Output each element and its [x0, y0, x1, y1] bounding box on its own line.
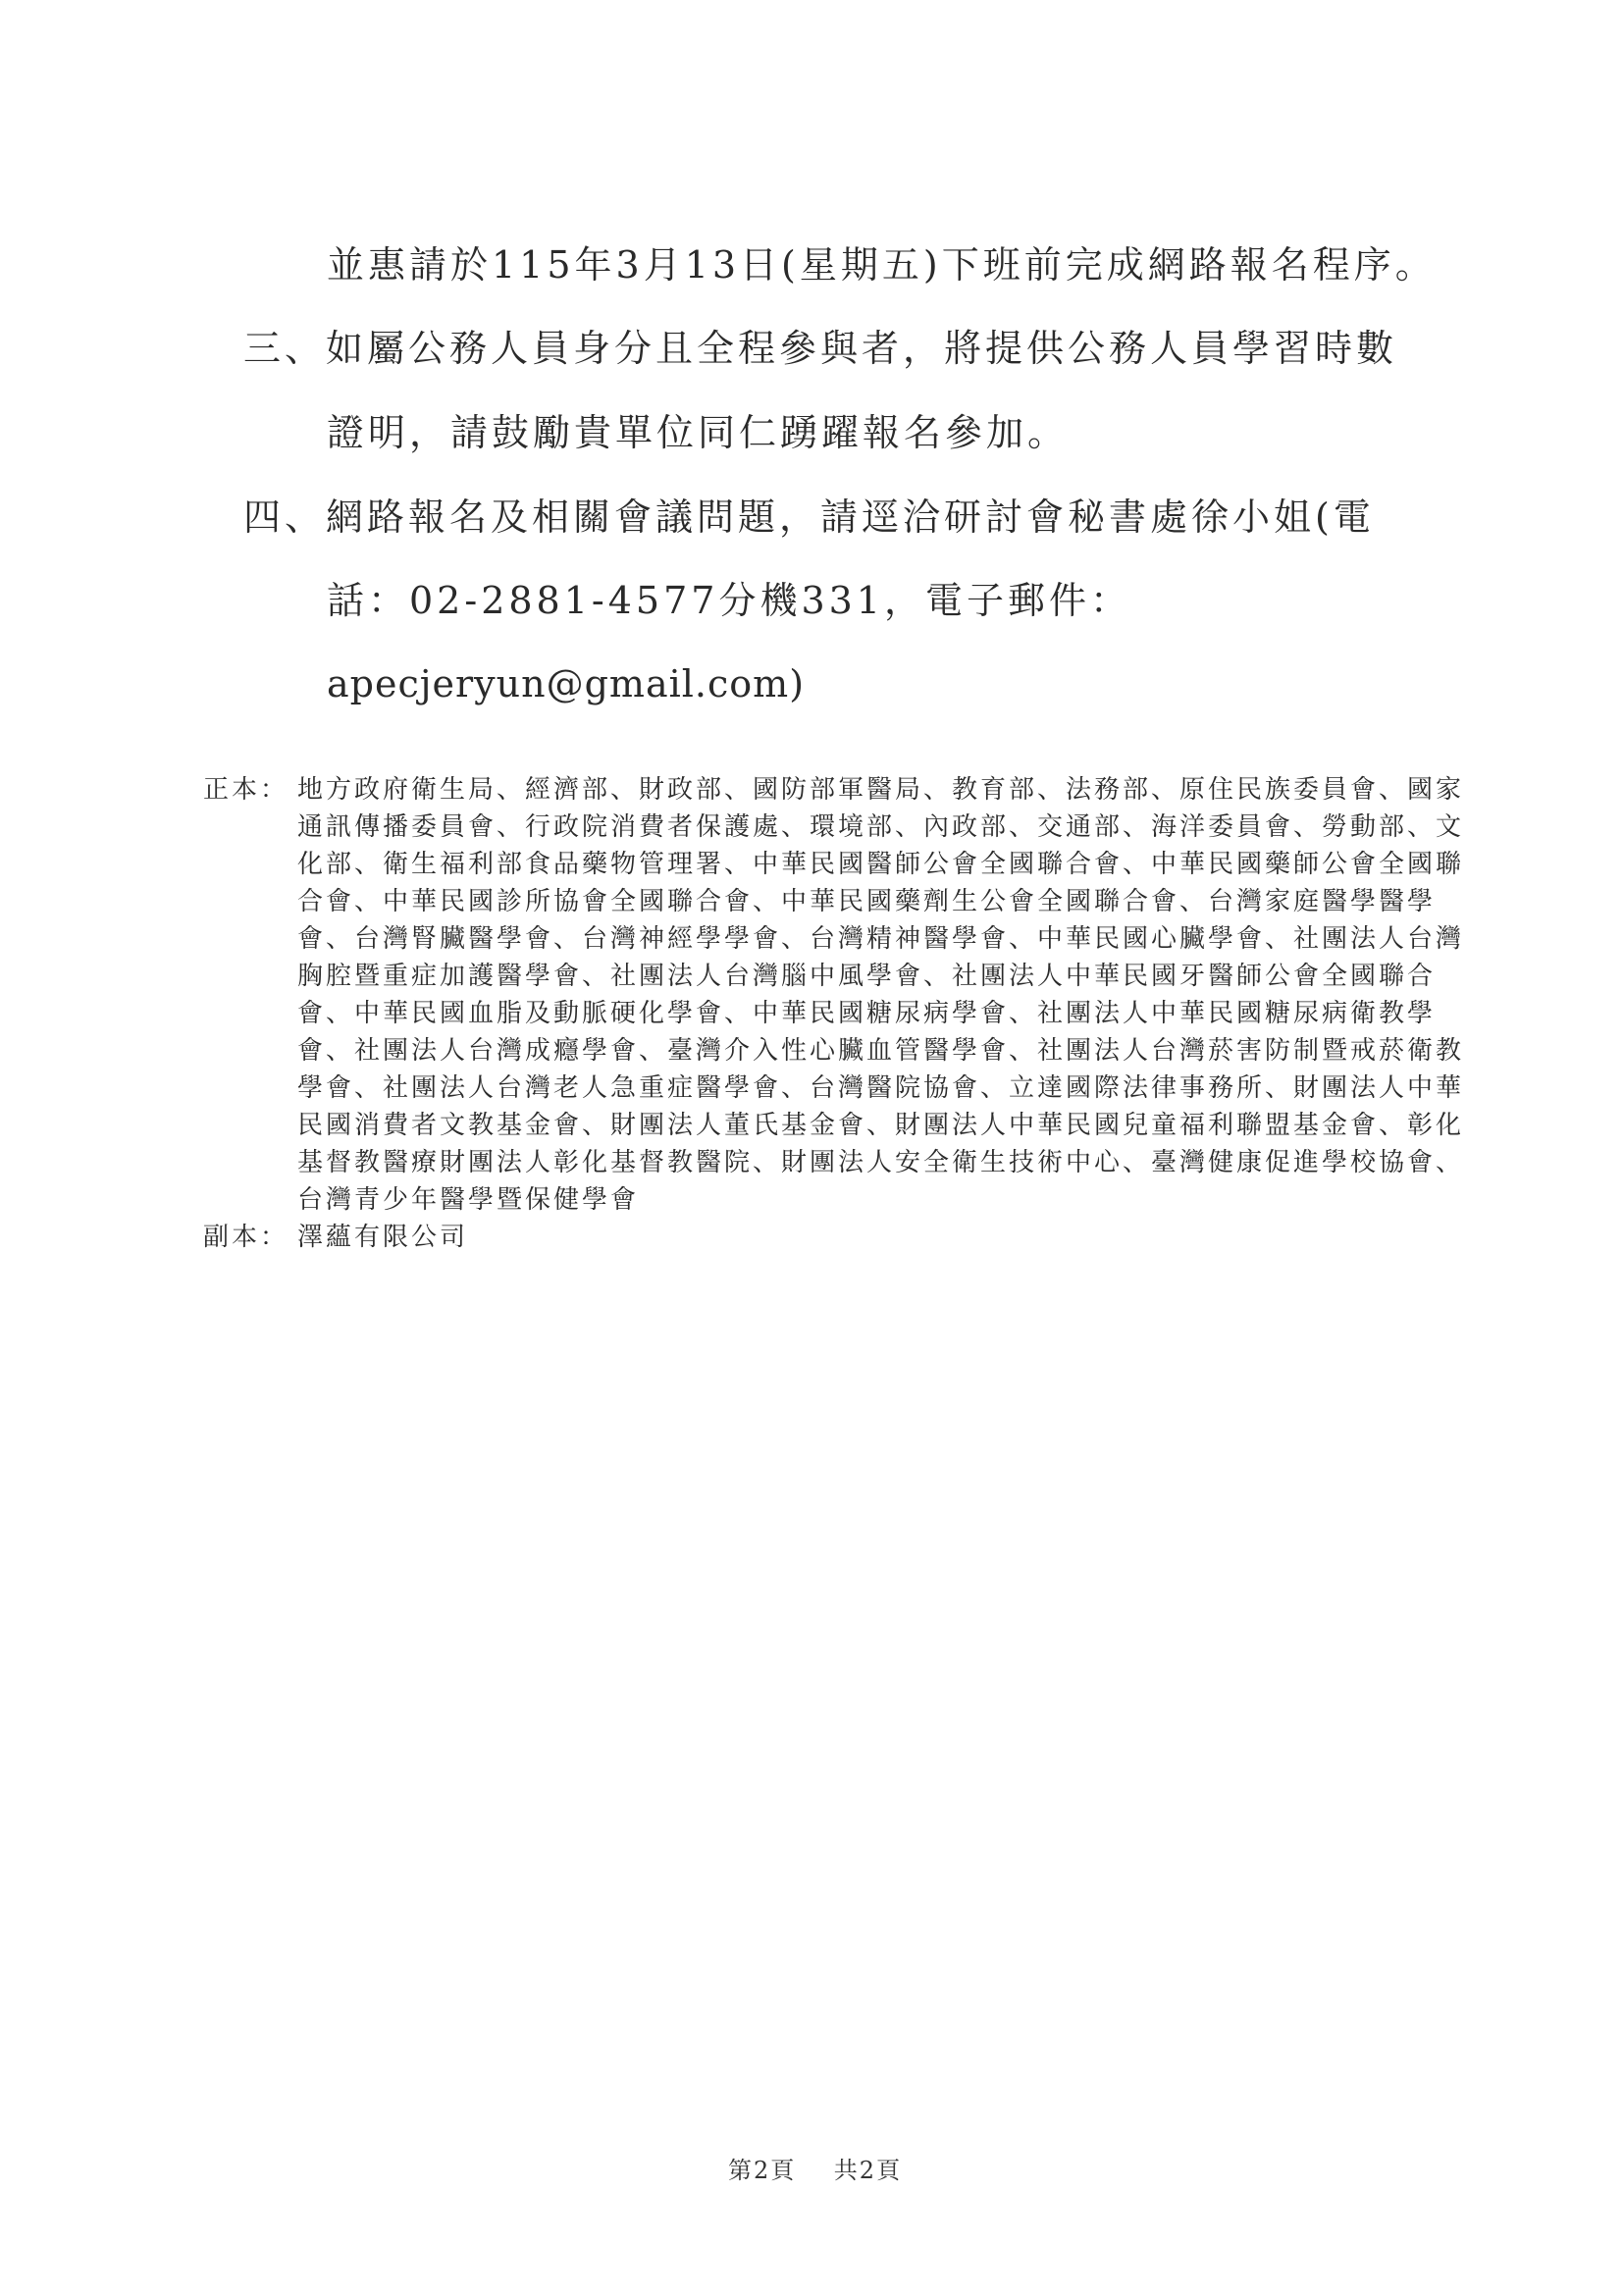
copy-recipients: 副本： 澤蘊有限公司: [203, 1219, 1469, 1256]
copy-recipients-label: 副本：: [203, 1219, 297, 1256]
page-number-total: 共2頁: [834, 2157, 902, 2184]
item-3-continuation: 證明，請鼓勵貴單位同仁踴躍報名參加。: [327, 409, 1069, 456]
item-4-contact-info: 四、網路報名及相關會議問題，請逕洽研討會秘書處徐小姐(電: [243, 494, 1375, 541]
original-recipients-label: 正本：: [203, 771, 297, 1219]
original-recipients: 正本： 地方政府衛生局、經濟部、財政部、國防部軍醫局、教育部、法務部、原住民族委…: [203, 771, 1469, 1219]
copy-recipients-list: 澤蘊有限公司: [297, 1219, 1469, 1256]
item-4-phone-line: 話：02-2881-4577分機331，電子郵件：: [327, 577, 1131, 624]
original-recipients-list: 地方政府衛生局、經濟部、財政部、國防部軍醫局、教育部、法務部、原住民族委員會、國…: [297, 771, 1469, 1219]
page-footer: 第2頁 共2頁: [728, 2151, 902, 2185]
page-number-current: 第2頁: [728, 2157, 796, 2184]
contact-email: apecjeryun@gmail.com): [327, 660, 805, 707]
item-3-civil-servant-hours: 三、如屬公務人員身分且全程參與者，將提供公務人員學習時數: [243, 325, 1397, 372]
registration-deadline-line: 並惠請於115年3月13日(星期五)下班前完成網路報名程序。: [327, 241, 1437, 288]
recipients-block: 正本： 地方政府衛生局、經濟部、財政部、國防部軍醫局、教育部、法務部、原住民族委…: [203, 771, 1469, 1256]
